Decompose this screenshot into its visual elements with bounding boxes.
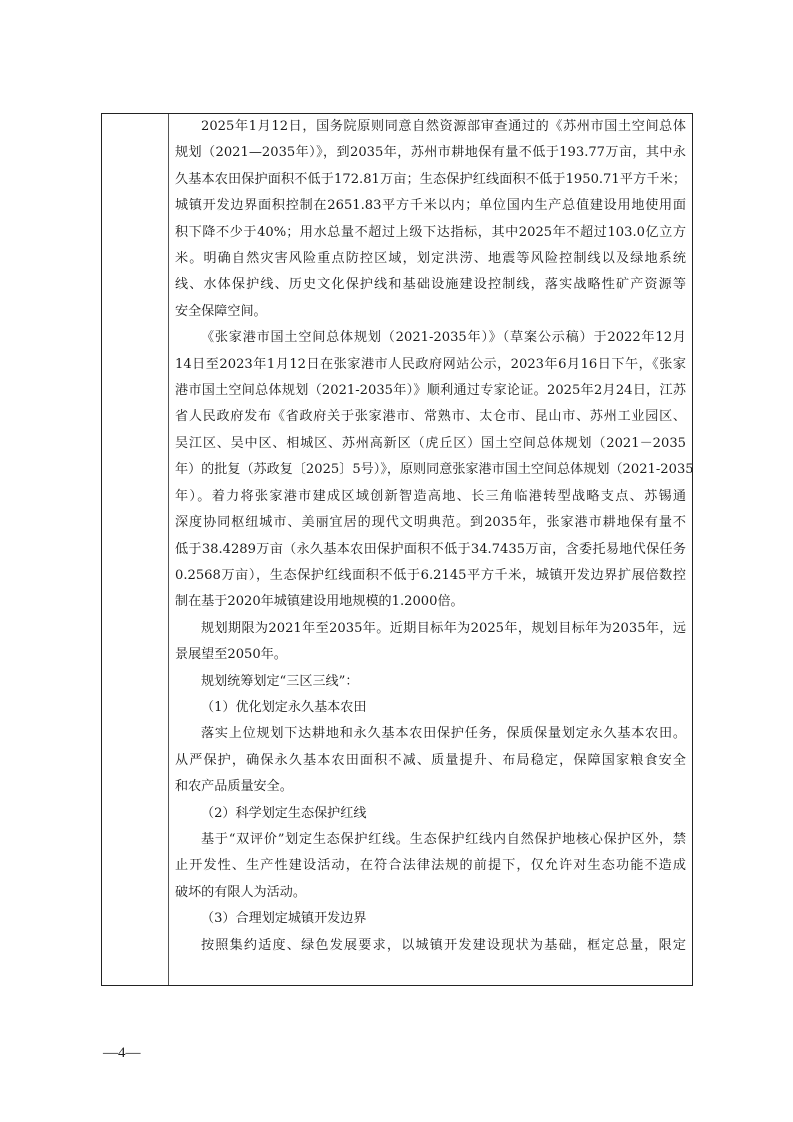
text-line: 规划期限为2021年至2035年。近期目标年为2025年，规划目标年为2035年… bbox=[175, 616, 686, 642]
text-line: 14日至2023年1月12日在张家港市人民政府网站公示，2023年6月16日下午… bbox=[175, 352, 686, 378]
table-left-cell bbox=[102, 114, 169, 985]
section-heading: （1）优化划定永久基本农田 bbox=[175, 695, 686, 721]
text-line: 线、水体保护线、历史文化保护线和基础设施建设控制线，落实战略性矿产资源等 bbox=[175, 272, 686, 298]
text-line: 年）。着力将张家港市建成区域创新智造高地、长三角临港转型战略支点、苏锡通 bbox=[175, 484, 686, 510]
text-line: 积下降不少于40%；用水总量不超过上级下达指标，其中2025年不超过103.0亿… bbox=[175, 220, 686, 246]
text-line: 米。明确自然灾害风险重点防控区域，划定洪涝、地震等风险控制线以及绿地系统 bbox=[175, 246, 686, 272]
text-line: 港市国土空间总体规划（2021-2035年）》顺利通过专家论证。2025年2月2… bbox=[175, 378, 686, 404]
paragraph-planning-period: 规划期限为2021年至2035年。近期目标年为2025年，规划目标年为2035年… bbox=[175, 616, 686, 669]
table-content-cell: 2025年1月12日，国务院原则同意自然资源部审查通过的《苏州市国土空间总体 规… bbox=[175, 114, 686, 959]
text-line: 低于38.4289万亩（永久基本农田保护面积不低于34.7435万亩，含委托易地… bbox=[175, 537, 686, 563]
text-line: 按照集约适度、绿色发展要求，以城镇开发建设现状为基础，框定总量，限定 bbox=[175, 933, 686, 959]
paragraph-three-zones: 规划统筹划定“三区三线”： bbox=[175, 669, 686, 695]
text-line: 落实上位规划下达耕地和永久基本农田保护任务，保质保量划定永久基本农田。 bbox=[175, 721, 686, 747]
text-line: 破坏的有限人为活动。 bbox=[175, 880, 686, 906]
text-line: 和农产品质量安全。 bbox=[175, 774, 686, 800]
heading-ecology: （2）科学划定生态保护红线 bbox=[175, 801, 686, 827]
text-line: 年）的批复（苏政复〔2025〕5号）》，原则同意张家港市国土空间总体规划（202… bbox=[175, 457, 686, 483]
text-line: 基于“双评价”划定生态保护红线。生态保护红线内自然保护地核心保护区外，禁 bbox=[175, 827, 686, 853]
text-line: 城镇开发边界面积控制在2651.83平方千米以内；单位国内生产总值建设用地使用面 bbox=[175, 193, 686, 219]
paragraph-farmland: 落实上位规划下达耕地和永久基本农田保护任务，保质保量划定永久基本农田。 从严保护… bbox=[175, 721, 686, 800]
text-line: 久基本农田保护面积不低于172.81万亩；生态保护红线面积不低于1950.71平… bbox=[175, 167, 686, 193]
text-line: 制在基于2020年城镇建设用地规模的1.2000倍。 bbox=[175, 589, 686, 615]
paragraph-zhangjiagang-plan: 《张家港市国土空间总体规划（2021-2035年）》（草案公示稿）于2022年1… bbox=[175, 325, 686, 615]
section-heading: （3）合理划定城镇开发边界 bbox=[175, 906, 686, 932]
text-line: 止开发性、生产性建设活动，在符合法律法规的前提下，仅允许对生态功能不造成 bbox=[175, 853, 686, 879]
paragraph-urban-boundary: 按照集约适度、绿色发展要求，以城镇开发建设现状为基础，框定总量，限定 bbox=[175, 933, 686, 959]
section-heading: （2）科学划定生态保护红线 bbox=[175, 801, 686, 827]
heading-urban-boundary: （3）合理划定城镇开发边界 bbox=[175, 906, 686, 932]
text-line: 2025年1月12日，国务院原则同意自然资源部审查通过的《苏州市国土空间总体 bbox=[175, 114, 686, 140]
text-line: 规划统筹划定“三区三线”： bbox=[175, 669, 686, 695]
text-line: 《张家港市国土空间总体规划（2021-2035年）》（草案公示稿）于2022年1… bbox=[175, 325, 686, 351]
text-line: 吴江区、吴中区、相城区、苏州高新区（虎丘区）国土空间总体规划（2021－2035 bbox=[175, 431, 686, 457]
page-number: —4— bbox=[103, 1045, 141, 1062]
text-line: 0.2568万亩），生态保护红线面积不低于6.2145平方千米，城镇开发边界扩展… bbox=[175, 563, 686, 589]
text-line: 深度协同枢纽城市、美丽宜居的现代文明典范。到2035年，张家港市耕地保有量不 bbox=[175, 510, 686, 536]
text-line: 景展望至2050年。 bbox=[175, 642, 686, 668]
heading-farmland: （1）优化划定永久基本农田 bbox=[175, 695, 686, 721]
content-table: 2025年1月12日，国务院原则同意自然资源部审查通过的《苏州市国土空间总体 规… bbox=[101, 113, 693, 986]
text-line: 从严保护，确保永久基本农田面积不减、质量提升、布局稳定，保障国家粮食安全 bbox=[175, 748, 686, 774]
text-line: 安全保障空间。 bbox=[175, 299, 686, 325]
text-line: 规划（2021—2035年）》，到2035年，苏州市耕地保有量不低于193.77… bbox=[175, 140, 686, 166]
text-line: 省人民政府发布《省政府关于张家港市、常熟市、太仓市、昆山市、苏州工业园区、 bbox=[175, 404, 686, 430]
paragraph-suzhou-plan: 2025年1月12日，国务院原则同意自然资源部审查通过的《苏州市国土空间总体 规… bbox=[175, 114, 686, 325]
paragraph-ecology: 基于“双评价”划定生态保护红线。生态保护红线内自然保护地核心保护区外，禁 止开发… bbox=[175, 827, 686, 906]
